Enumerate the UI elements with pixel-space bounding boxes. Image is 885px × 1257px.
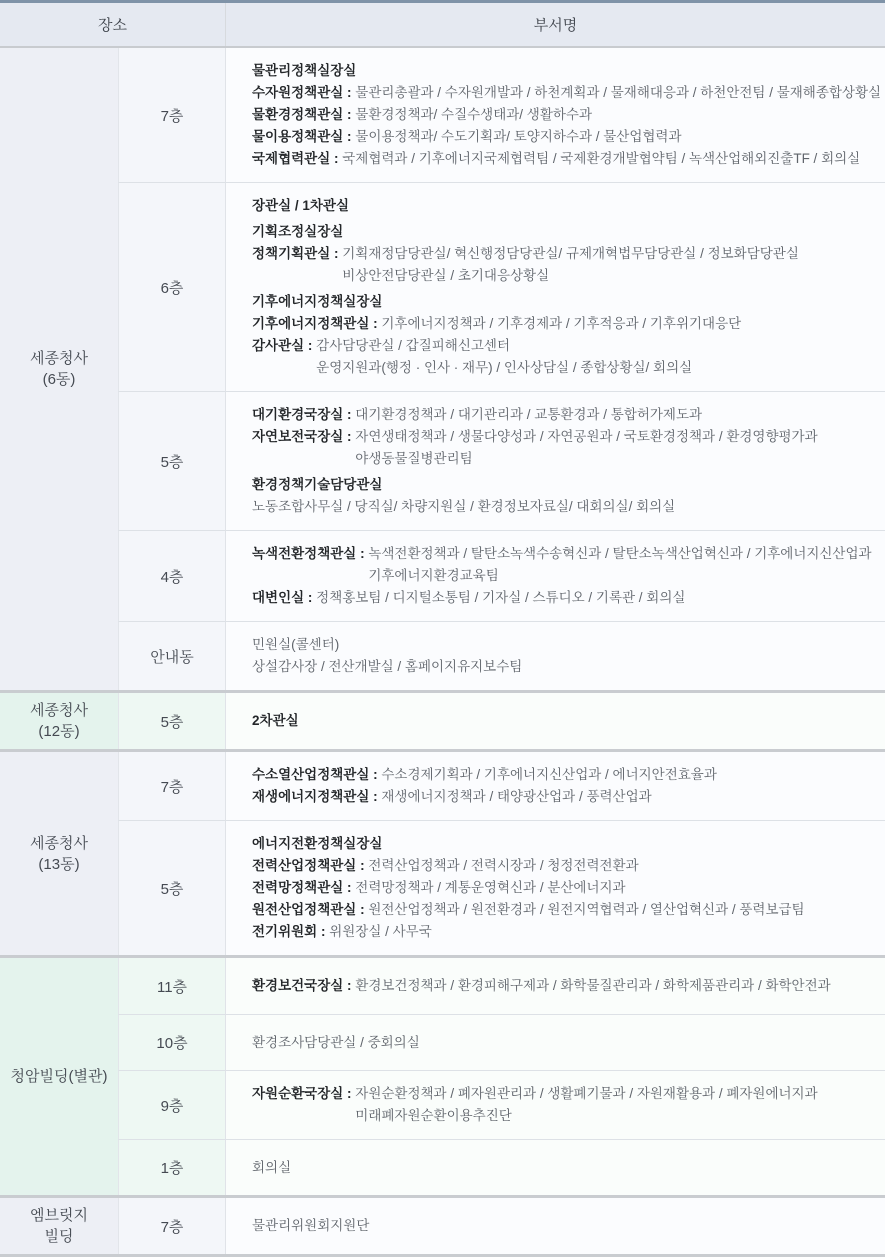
entry-label: 감사관실 : — [252, 335, 316, 379]
department-cell: 장관실 / 1차관실기획조정실장실정책기획관실 : 기획재정담당관실/ 혁신행정… — [225, 182, 885, 391]
floor-label: 7층 — [161, 1216, 184, 1237]
office-title: 장관실 / 1차관실 — [252, 195, 865, 217]
floor-cell: 10층 — [118, 1014, 225, 1070]
entry-text: 기획재정담당관실/ 혁신행정담당관실/ 규제개혁법무담당관실 / 정보화담당관실… — [342, 243, 799, 287]
entry-label: 대변인실 : — [252, 587, 316, 609]
department-entry: 물환경정책관실 : 물환경정책과/ 수질수생태과/ 생활하수과 — [252, 104, 865, 126]
floor-label: 10층 — [156, 1032, 187, 1053]
building-label: 세종청사(13동) — [30, 833, 88, 875]
building-label: 엠브릿지빌딩 — [30, 1205, 88, 1247]
department-entry: 전력산업정책관실 : 전력산업정책과 / 전력시장과 / 청정전력전환과 — [252, 855, 865, 877]
building-group: 엠브릿지빌딩7층물관리위원회지원단 — [0, 1195, 885, 1254]
entry-text: 물관리총괄과 / 수자원개발과 / 하천계획과 / 물재해대응과 / 하천안전팀… — [355, 82, 881, 104]
department-entry: 전기위원회 : 위원장실 / 사무국 — [252, 921, 865, 943]
building-cell: 세종청사(6동) — [0, 48, 118, 690]
department-cell: 수소열산업정책관실 : 수소경제기획과 / 기후에너지신산업과 / 에너지안전효… — [225, 752, 885, 820]
department-text: 환경조사담당관실 / 중회의실 — [252, 1032, 865, 1054]
department-entry: 전력망정책관실 : 전력망정책과 / 계통운영혁신과 / 분산에너지과 — [252, 877, 865, 899]
floor-cell: 6층 — [118, 182, 225, 391]
building-group: 청암빌딩(별관)11층환경보건국장실 : 환경보건정책과 / 환경피해구제과 /… — [0, 955, 885, 1195]
entry-label: 재생에너지정책관실 : — [252, 786, 381, 808]
department-cell: 민원실(콜센터)상설감사장 / 전산개발실 / 홈페이지유지보수팀 — [225, 621, 885, 690]
floor-label: 7층 — [161, 105, 184, 126]
floor-label: 5층 — [161, 711, 184, 732]
department-entry: 국제협력관실 : 국제협력과 / 기후에너지국제협력팀 / 국제환경개발협약팀 … — [252, 148, 865, 170]
entry-label: 원전산업정책관실 : — [252, 899, 368, 921]
building-cell: 세종청사(12동) — [0, 693, 118, 749]
entry-text: 위원장실 / 사무국 — [329, 921, 432, 943]
office-title: 기획조정실장실 — [252, 221, 865, 243]
entry-text: 녹색전환정책과 / 탈탄소녹색수송혁신과 / 탈탄소녹색산업혁신과 / 기후에너… — [368, 543, 871, 587]
directory-table: 장소 부서명 세종청사(6동)7층물관리정책실장실수자원정책관실 : 물관리총괄… — [0, 0, 885, 1257]
entry-label: 대기환경국장실 : — [252, 404, 355, 426]
entry-text: 전력망정책과 / 계통운영혁신과 / 분산에너지과 — [355, 877, 625, 899]
department-entry: 자연보전국장실 : 자연생태정책과 / 생물다양성과 / 자연공원과 / 국토환… — [252, 426, 865, 470]
floor-cell: 7층 — [118, 1198, 225, 1254]
floor-cell: 5층 — [118, 820, 225, 955]
department-entry: 감사관실 : 감사담당관실 / 갑질피해신고센터운영지원과(행정 · 인사 · … — [252, 335, 865, 379]
entry-label: 전력망정책관실 : — [252, 877, 355, 899]
entry-label: 녹색전환정책관실 : — [252, 543, 368, 587]
entry-label: 자연보전국장실 : — [252, 426, 355, 470]
department-cell: 대기환경국장실 : 대기환경정책과 / 대기관리과 / 교통환경과 / 통합허가… — [225, 391, 885, 530]
entry-label: 물이용정책관실 : — [252, 126, 355, 148]
entry-label: 수자원정책관실 : — [252, 82, 355, 104]
entry-text: 정책홍보팀 / 디지털소통팀 / 기자실 / 스튜디오 / 기록관 / 회의실 — [316, 587, 685, 609]
department-text: 민원실(콜센터) — [252, 634, 865, 656]
department-entry: 원전산업정책관실 : 원전산업정책과 / 원전환경과 / 원전지역협력과 / 열… — [252, 899, 865, 921]
floor-label: 6층 — [161, 277, 184, 298]
entry-text: 대기환경정책과 / 대기관리과 / 교통환경과 / 통합허가제도과 — [355, 404, 702, 426]
entry-text: 물이용정책과/ 수도기획과/ 토양지하수과 / 물산업협력과 — [355, 126, 681, 148]
department-text: 노동조합사무실 / 당직실/ 차량지원실 / 환경정보자료실/ 대회의실/ 회의… — [252, 496, 865, 518]
entry-text: 기후에너지정책과 / 기후경제과 / 기후적응과 / 기후위기대응단 — [381, 313, 741, 335]
column-header-location: 장소 — [0, 3, 225, 46]
entry-label: 수소열산업정책관실 : — [252, 764, 381, 786]
entry-text: 국제협력과 / 기후에너지국제협력팀 / 국제환경개발협약팀 / 녹색산업해외진… — [342, 148, 860, 170]
floor-cell: 11층 — [118, 958, 225, 1014]
building-group: 세종청사(6동)7층물관리정책실장실수자원정책관실 : 물관리총괄과 / 수자원… — [0, 48, 885, 690]
department-entry: 대변인실 : 정책홍보팀 / 디지털소통팀 / 기자실 / 스튜디오 / 기록관… — [252, 587, 865, 609]
department-cell: 환경조사담당관실 / 중회의실 — [225, 1014, 885, 1070]
floor-cell: 안내동 — [118, 621, 225, 690]
department-entry: 자원순환국장실 : 자원순환정책과 / 폐자원관리과 / 생활폐기물과 / 자원… — [252, 1083, 865, 1127]
department-entry: 대기환경국장실 : 대기환경정책과 / 대기관리과 / 교통환경과 / 통합허가… — [252, 404, 865, 426]
department-text: 물관리위원회지원단 — [252, 1215, 865, 1237]
entry-label: 물환경정책관실 : — [252, 104, 355, 126]
floor-cell: 7층 — [118, 48, 225, 182]
entry-text: 물환경정책과/ 수질수생태과/ 생활하수과 — [355, 104, 592, 126]
department-text: 상설감사장 / 전산개발실 / 홈페이지유지보수팀 — [252, 656, 865, 678]
department-entry: 기후에너지정책관실 : 기후에너지정책과 / 기후경제과 / 기후적응과 / 기… — [252, 313, 865, 335]
department-cell: 에너지전환정책실장실전력산업정책관실 : 전력산업정책과 / 전력시장과 / 청… — [225, 820, 885, 955]
office-title: 2차관실 — [252, 710, 865, 732]
entry-label: 정책기획관실 : — [252, 243, 342, 287]
entry-label: 전기위원회 : — [252, 921, 329, 943]
entry-label: 국제협력관실 : — [252, 148, 342, 170]
entry-text: 자연생태정책과 / 생물다양성과 / 자연공원과 / 국토환경정책과 / 환경영… — [355, 426, 817, 470]
column-header-department: 부서명 — [225, 3, 885, 46]
entry-text: 재생에너지정책과 / 태양광산업과 / 풍력산업과 — [381, 786, 651, 808]
department-cell: 녹색전환정책관실 : 녹색전환정책과 / 탈탄소녹색수송혁신과 / 탈탄소녹색산… — [225, 530, 885, 621]
building-cell: 청암빌딩(별관) — [0, 958, 118, 1195]
entry-text: 전력산업정책과 / 전력시장과 / 청정전력전환과 — [368, 855, 638, 877]
department-cell: 2차관실 — [225, 693, 885, 749]
floor-label: 1층 — [161, 1157, 184, 1178]
department-entry: 정책기획관실 : 기획재정담당관실/ 혁신행정담당관실/ 규제개혁법무담당관실 … — [252, 243, 865, 287]
department-entry: 물이용정책관실 : 물이용정책과/ 수도기획과/ 토양지하수과 / 물산업협력과 — [252, 126, 865, 148]
floor-cell: 5층 — [118, 693, 225, 749]
department-entry: 수자원정책관실 : 물관리총괄과 / 수자원개발과 / 하천계획과 / 물재해대… — [252, 82, 865, 104]
floor-label: 5층 — [161, 878, 184, 899]
department-entry: 재생에너지정책관실 : 재생에너지정책과 / 태양광산업과 / 풍력산업과 — [252, 786, 865, 808]
floor-cell: 1층 — [118, 1139, 225, 1195]
entry-text: 환경보건정책과 / 환경피해구제과 / 화학물질관리과 / 화학제품관리과 / … — [355, 975, 830, 997]
floor-cell: 9층 — [118, 1070, 225, 1139]
department-cell: 회의실 — [225, 1139, 885, 1195]
building-group: 세종청사(12동)5층2차관실 — [0, 690, 885, 749]
building-cell: 세종청사(13동) — [0, 752, 118, 955]
department-cell: 자원순환국장실 : 자원순환정책과 / 폐자원관리과 / 생활폐기물과 / 자원… — [225, 1070, 885, 1139]
entry-text: 원전산업정책과 / 원전환경과 / 원전지역협력과 / 열산업혁신과 / 풍력보… — [368, 899, 804, 921]
floor-label: 안내동 — [150, 646, 193, 667]
floor-label: 5층 — [161, 451, 184, 472]
building-group: 세종청사(13동)7층수소열산업정책관실 : 수소경제기획과 / 기후에너지신산… — [0, 749, 885, 955]
entry-label: 자원순환국장실 : — [252, 1083, 355, 1127]
floor-cell: 4층 — [118, 530, 225, 621]
department-text: 회의실 — [252, 1157, 865, 1179]
floor-label: 11층 — [157, 976, 187, 997]
floor-label: 9층 — [161, 1095, 184, 1116]
office-title: 환경정책기술담당관실 — [252, 474, 865, 496]
floor-cell: 7층 — [118, 752, 225, 820]
building-label: 세종청사(6동) — [30, 348, 88, 390]
building-label: 청암빌딩(별관) — [11, 1066, 108, 1087]
department-cell: 환경보건국장실 : 환경보건정책과 / 환경피해구제과 / 화학물질관리과 / … — [225, 958, 885, 1014]
building-cell: 엠브릿지빌딩 — [0, 1198, 118, 1254]
floor-label: 4층 — [161, 566, 184, 587]
floor-label: 7층 — [161, 776, 184, 797]
department-cell: 물관리정책실장실수자원정책관실 : 물관리총괄과 / 수자원개발과 / 하천계획… — [225, 48, 885, 182]
floor-cell: 5층 — [118, 391, 225, 530]
department-entry: 수소열산업정책관실 : 수소경제기획과 / 기후에너지신산업과 / 에너지안전효… — [252, 764, 865, 786]
entry-label: 기후에너지정책관실 : — [252, 313, 381, 335]
department-entry: 환경보건국장실 : 환경보건정책과 / 환경피해구제과 / 화학물질관리과 / … — [252, 975, 865, 997]
entry-text: 수소경제기획과 / 기후에너지신산업과 / 에너지안전효율과 — [381, 764, 717, 786]
office-title: 에너지전환정책실장실 — [252, 833, 865, 855]
office-title: 물관리정책실장실 — [252, 60, 865, 82]
entry-label: 환경보건국장실 : — [252, 975, 355, 997]
entry-label: 전력산업정책관실 : — [252, 855, 368, 877]
table-header: 장소 부서명 — [0, 3, 885, 48]
department-cell: 물관리위원회지원단 — [225, 1198, 885, 1254]
building-label: 세종청사(12동) — [30, 700, 88, 742]
entry-text: 자원순환정책과 / 폐자원관리과 / 생활폐기물과 / 자원재활용과 / 폐자원… — [355, 1083, 817, 1127]
entry-text: 감사담당관실 / 갑질피해신고센터운영지원과(행정 · 인사 · 재무) / 인… — [316, 335, 692, 379]
office-title: 기후에너지정책실장실 — [252, 291, 865, 313]
table-body: 세종청사(6동)7층물관리정책실장실수자원정책관실 : 물관리총괄과 / 수자원… — [0, 48, 885, 1254]
department-entry: 녹색전환정책관실 : 녹색전환정책과 / 탈탄소녹색수송혁신과 / 탈탄소녹색산… — [252, 543, 865, 587]
